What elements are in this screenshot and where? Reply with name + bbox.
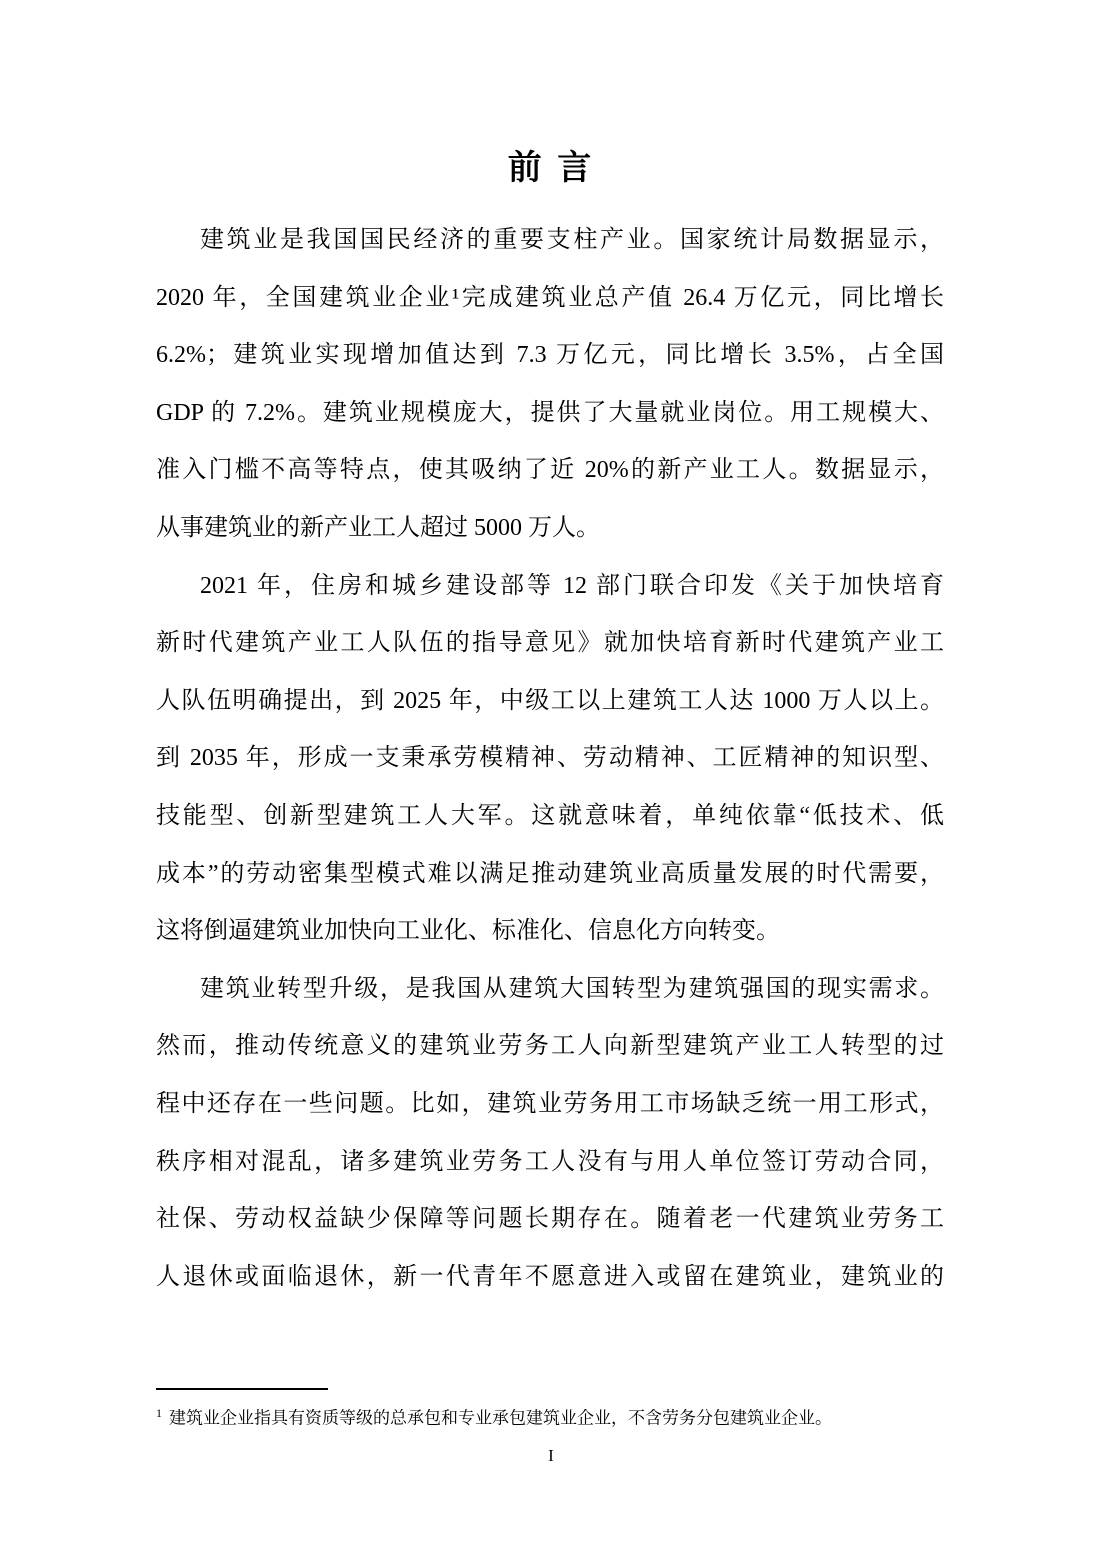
text-line: 准入门槛不高等特点，使其吸纳了近 20%的新产业工人。数据显示， [156,442,944,500]
document-body: 建筑业是我国国民经济的重要支柱产业。国家统计局数据显示， 2020 年，全国建筑… [156,212,944,1306]
page-number: I [0,1446,1102,1466]
text-line: 人退休或面临退休，新一代青年不愿意进入或留在建筑业，建筑业的 [156,1249,944,1307]
footnote-text: 建筑业企业指具有资质等级的总承包和专业承包建筑业企业，不含劳务分包建筑业企业。 [169,1409,832,1428]
paragraph-2: 2021 年，住房和城乡建设部等 12 部门联合印发《关于加快培育 新时代建筑产… [156,558,944,961]
text-line: 新时代建筑产业工人队伍的指导意见》就加快培育新时代建筑产业工 [156,615,944,673]
text-line: 这将倒逼建筑业加快向工业化、标准化、信息化方向转变。 [156,903,944,961]
footnote: 1建筑业企业指具有资质等级的总承包和专业承包建筑业企业，不含劳务分包建筑业企业。 [156,1400,944,1432]
text-line: GDP 的 7.2%。建筑业规模庞大，提供了大量就业岗位。用工规模大、 [156,385,944,443]
text-line: 到 2035 年，形成一支秉承劳模精神、劳动精神、工匠精神的知识型、 [156,730,944,788]
text-line: 成本”的劳动密集型模式难以满足推动建筑业高质量发展的时代需要， [156,846,944,904]
paragraph-3: 建筑业转型升级，是我国从建筑大国转型为建筑强国的现实需求。 然而，推动传统意义的… [156,961,944,1307]
text-line: 然而，推动传统意义的建筑业劳务工人向新型建筑产业工人转型的过 [156,1018,944,1076]
text-line: 建筑业转型升级，是我国从建筑大国转型为建筑强国的现实需求。 [156,961,944,1019]
text-line: 从事建筑业的新产业工人超过 5000 万人。 [156,500,944,558]
text-line: 2020 年，全国建筑业企业¹完成建筑业总产值 26.4 万亿元，同比增长 [156,270,944,328]
text-line: 人队伍明确提出，到 2025 年，中级工以上建筑工人达 1000 万人以上。 [156,673,944,731]
footnote-marker: 1 [156,1406,162,1420]
text-line: 建筑业是我国国民经济的重要支柱产业。国家统计局数据显示， [156,212,944,270]
text-line: 6.2%；建筑业实现增加值达到 7.3 万亿元，同比增长 3.5%，占全国 [156,327,944,385]
text-line: 秩序相对混乱，诸多建筑业劳务工人没有与用人单位签订劳动合同， [156,1134,944,1192]
document-page: 前 言 建筑业是我国国民经济的重要支柱产业。国家统计局数据显示， 2020 年，… [0,0,1102,1559]
text-line: 技能型、创新型建筑工人大军。这就意味着，单纯依靠“低技术、低 [156,788,944,846]
paragraph-1: 建筑业是我国国民经济的重要支柱产业。国家统计局数据显示， 2020 年，全国建筑… [156,212,944,558]
footnote-separator [156,1388,328,1390]
text-line: 社保、劳动权益缺少保障等问题长期存在。随着老一代建筑业劳务工 [156,1191,944,1249]
text-line: 2021 年，住房和城乡建设部等 12 部门联合印发《关于加快培育 [156,558,944,616]
page-title: 前 言 [0,140,1102,189]
text-line: 程中还存在一些问题。比如，建筑业劳务用工市场缺乏统一用工形式， [156,1076,944,1134]
